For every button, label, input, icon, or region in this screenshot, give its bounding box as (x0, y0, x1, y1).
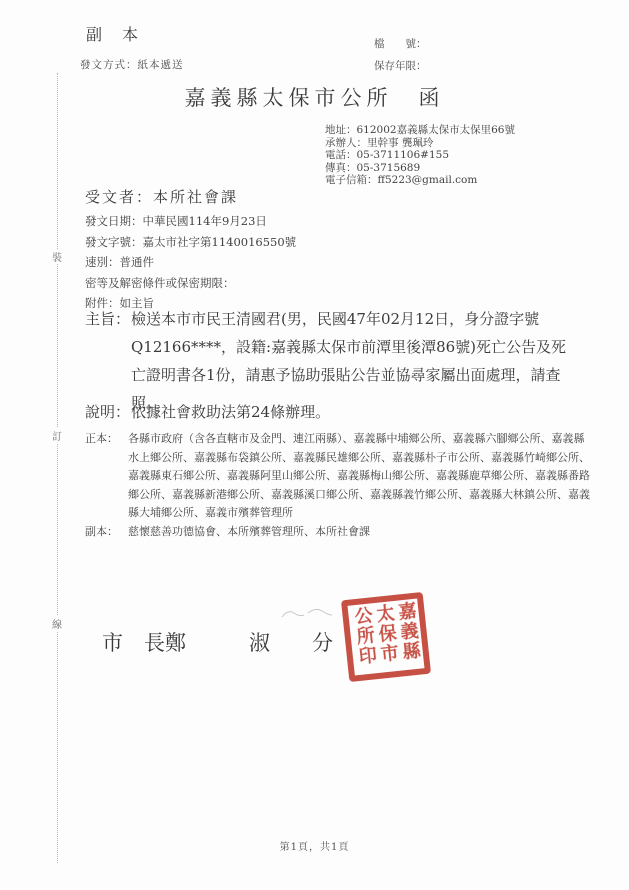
official-seal: 嘉義縣太保市公所印 (341, 592, 431, 682)
mayor-signature-line: 市 長鄭 淑 分 (102, 627, 333, 657)
original-recipients-text: 各縣市政府（含各直轄市及金門、連江兩縣）、嘉義縣中埔鄉公所、嘉義縣六腳鄉公所、嘉… (128, 432, 590, 519)
distribution-section: 正本： 各縣市政府（含各直轄市及金門、連江兩縣）、嘉義縣中埔鄉公所、嘉義縣六腳鄉… (85, 430, 590, 541)
page-number: 第1頁，共1頁 (0, 838, 629, 853)
file-number-label: 檔 號： (374, 36, 427, 51)
document-title: 嘉義縣太保市公所 函 (0, 82, 629, 112)
sender-phone: 電話：05-3711106#155 (325, 149, 515, 162)
description-section: 說明： 依據社會救助法第24條辦理。 (85, 398, 567, 426)
copy-version-label: 副 本 (86, 22, 140, 45)
original-recipients-label: 正本： (85, 430, 118, 449)
priority-level: 速別：普通件 (85, 252, 296, 273)
security-classification: 密等及解密條件或保密期限： (85, 273, 296, 294)
issue-date: 發文日期：中華民國114年9月23日 (85, 211, 296, 232)
description-text: 依據社會救助法第24條辦理。 (131, 403, 330, 421)
binding-dotted-line (57, 73, 58, 863)
sender-contact-person: 承辦人：里幹事 龔珮玲 (325, 137, 515, 150)
official-seal-text: 嘉義縣太保市公所印 (350, 601, 423, 674)
subject-text: 檢送本市市民王清國君(男，民國47年02月12日，身分證字號Q12166****… (131, 310, 566, 412)
sender-contact-block: 地址：612002嘉義縣太保市太保里66號 承辦人：里幹事 龔珮玲 電話：05-… (325, 124, 515, 187)
copy-recipients-text: 慈懷慈善功德協會、本所殯葬管理所、本所社會課 (128, 525, 370, 538)
signature-scribble (278, 605, 338, 627)
sender-address: 地址：612002嘉義縣太保市太保里66號 (325, 124, 515, 137)
official-letter-page: 裝 訂 線 副 本 發文方式：紙本遞送 檔 號： 保存年限： 嘉義縣太保市公所 … (0, 0, 629, 890)
issue-number: 發文字號：嘉太市社字第1140016550號 (85, 232, 296, 253)
sender-fax: 傳真：05-3715689 (325, 162, 515, 175)
sender-email: 電子信箱：ff5223@gmail.com (325, 174, 515, 187)
document-meta-block: 發文日期：中華民國114年9月23日 發文字號：嘉太市社字第1140016550… (85, 211, 296, 314)
binding-mark-ding: 訂 (49, 428, 65, 443)
delivery-method: 發文方式：紙本遞送 (80, 57, 184, 72)
description-label: 說明： (85, 398, 130, 426)
binding-mark-zhuang: 裝 (49, 249, 65, 264)
retention-period-label: 保存年限： (374, 58, 427, 73)
copy-recipients-label: 副本： (85, 523, 118, 542)
recipient-line: 受文者：本所社會課 (85, 186, 238, 207)
binding-mark-xian: 線 (49, 616, 65, 631)
subject-label: 主旨： (85, 305, 130, 333)
